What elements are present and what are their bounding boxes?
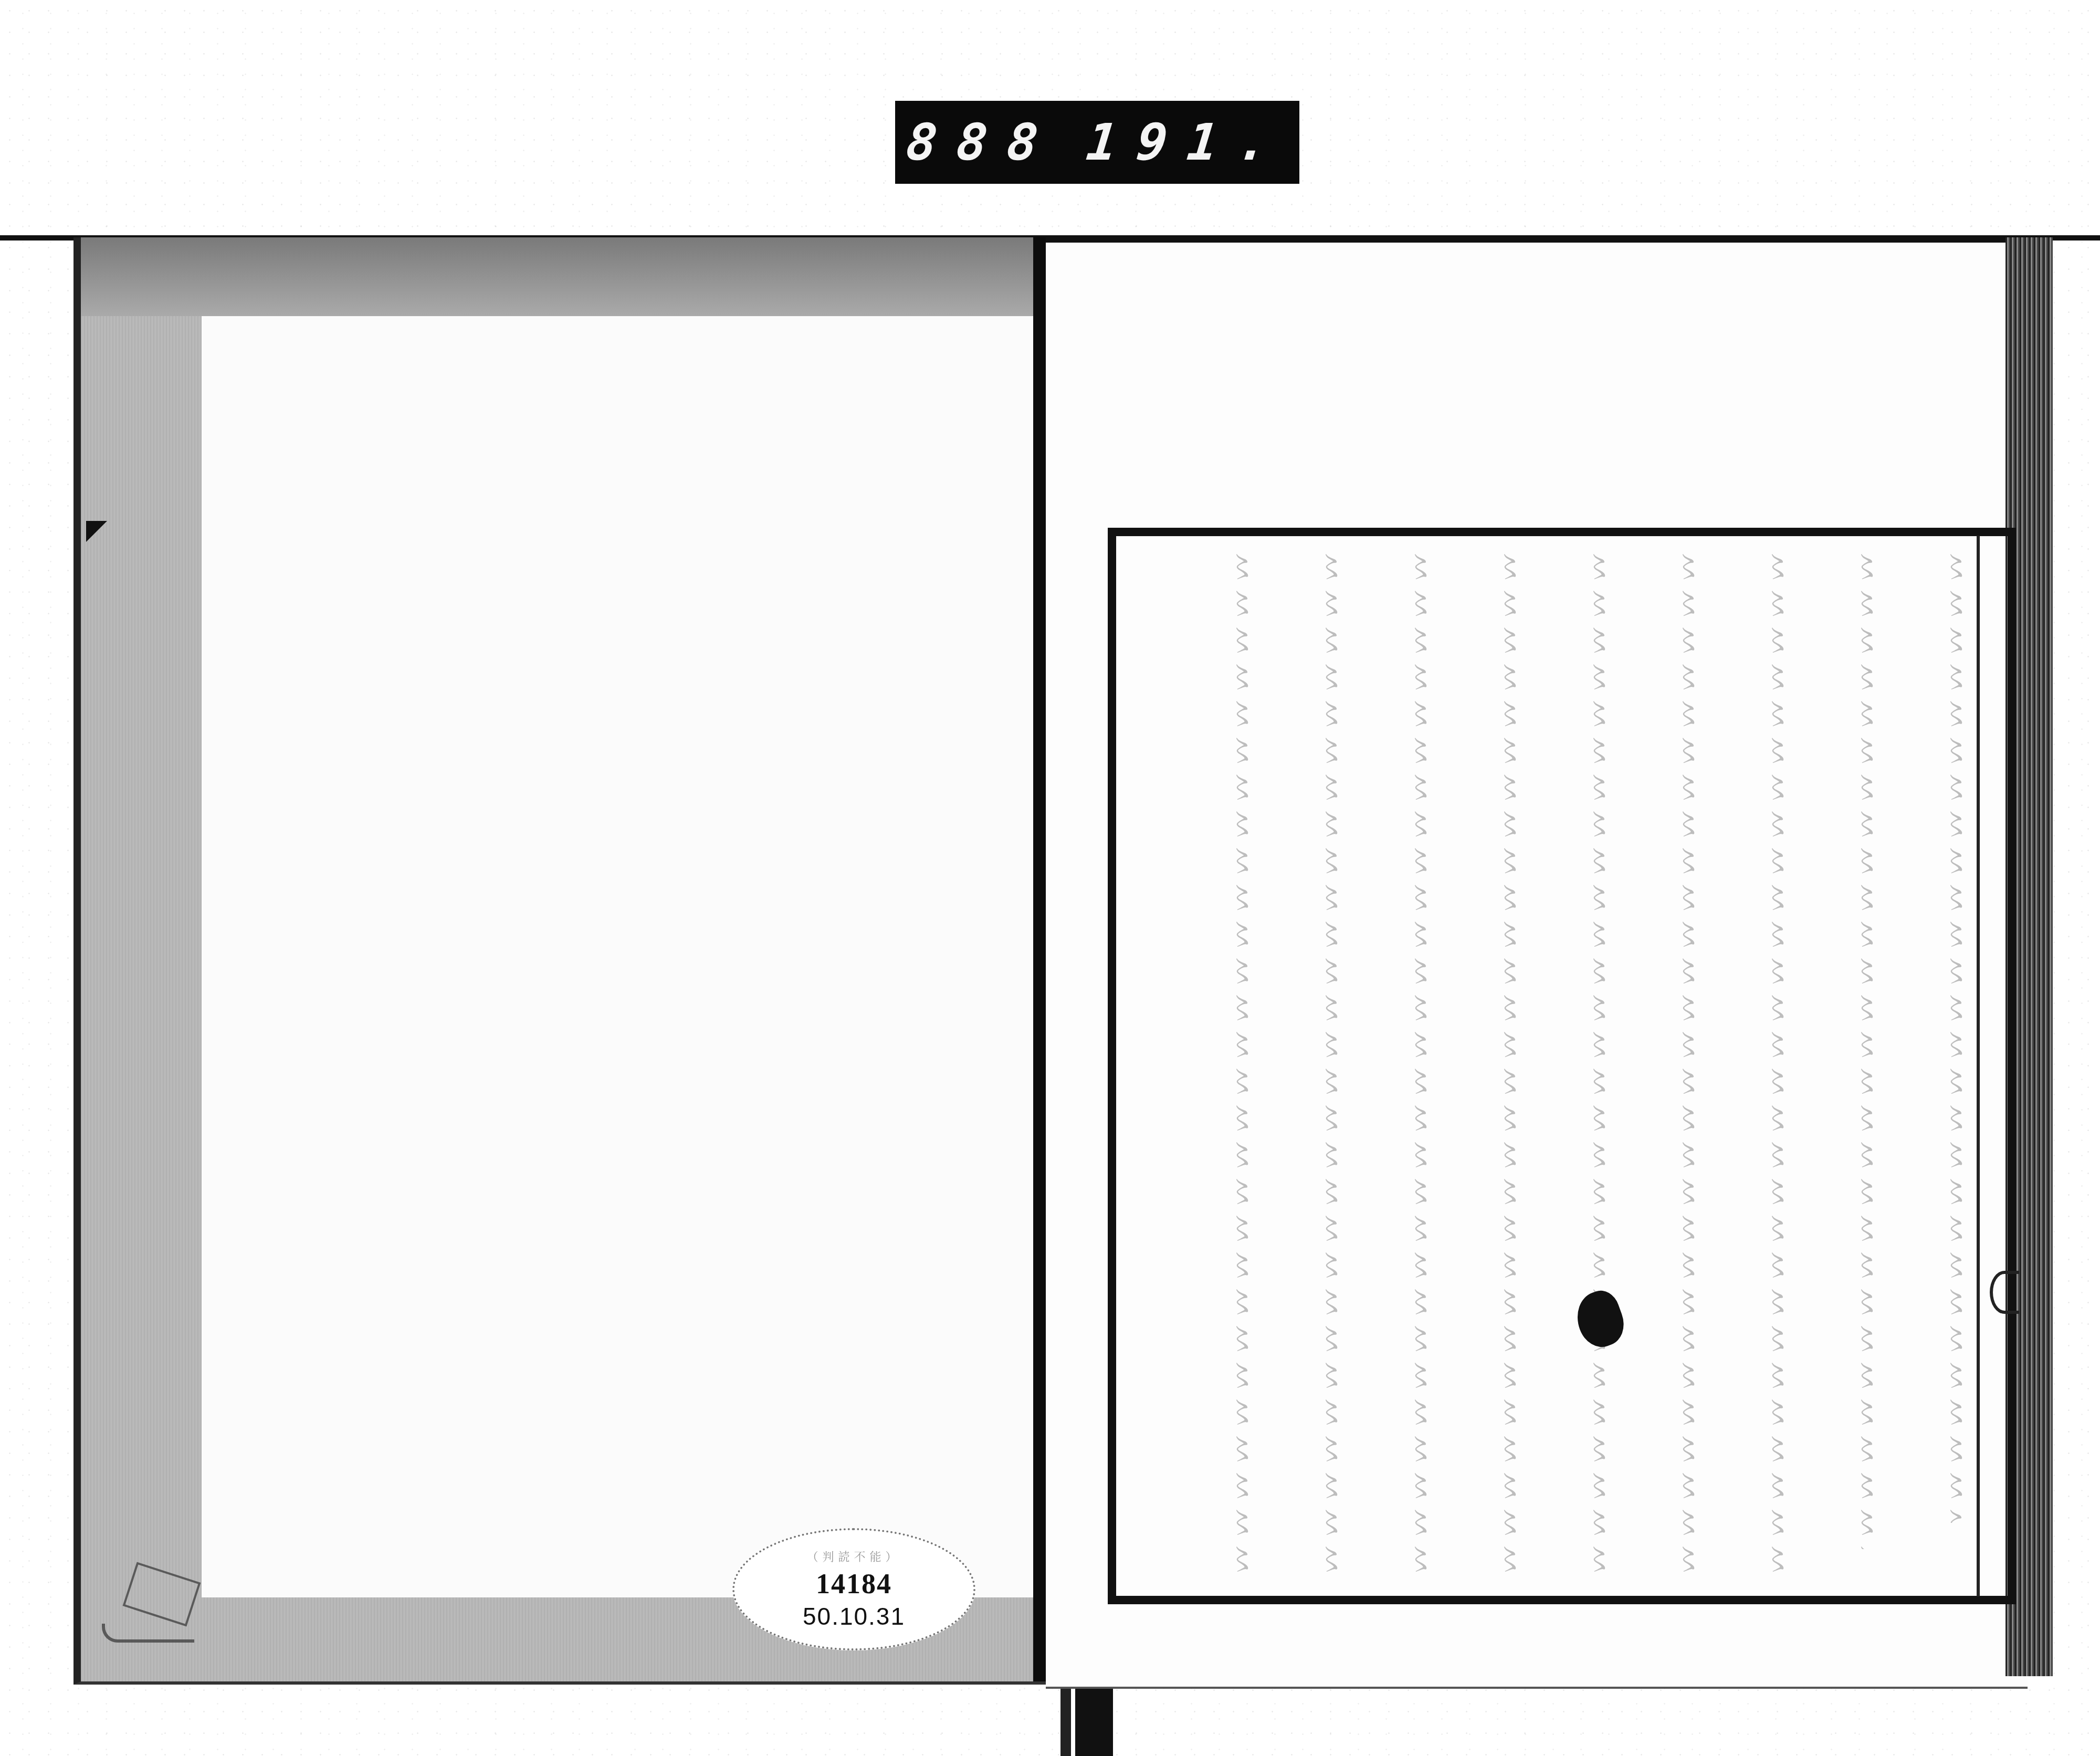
corner-handwritten-mark — [102, 1624, 194, 1643]
corner-tab-icon — [86, 521, 107, 589]
library-accession-stamp: （判読不能） 14184 50.10.31 — [732, 1528, 975, 1650]
left-page-endpaper — [202, 316, 1036, 1597]
book-spine — [1033, 237, 1046, 1681]
inner-margin-rule — [1977, 536, 1980, 1596]
text-column: 〻〻〻〻〻〻〻〻〻〻〻〻〻〻〻〻〻〻〻〻〻〻〻〻〻〻〻〻〻〻〻〻 — [1407, 551, 1438, 1575]
edge-handwritten-mark — [1990, 1271, 2019, 1314]
text-column: 〻〻〻〻〻〻〻〻〻〻〻〻〻〻〻〻〻〻〻〻〻〻〻〻〻〻〻〻〻〻〻〻 — [1675, 551, 1706, 1575]
film-reel-number: 888 — [904, 113, 1060, 172]
film-frame-number: 191. — [1084, 113, 1291, 172]
text-column: 〻〻〻〻〻〻〻〻〻〻〻〻〻〻〻〻〻〻〻〻〻〻〻〻〻〻〻〻〻〻〻〻 — [1853, 551, 1885, 1549]
text-column: 〻〻〻〻〻〻〻〻〻〻〻〻〻〻〻〻〻〻〻〻〻〻〻〻〻〻〻〻〻〻〻〻 — [1585, 551, 1617, 1575]
stamp-header: （判読不能） — [806, 1548, 901, 1564]
text-column: 〻〻〻〻〻〻〻〻〻〻〻〻〻〻〻〻〻〻〻〻〻〻〻〻〻〻〻〻〻〻〻〻 — [1942, 551, 1974, 1523]
corner-seal-mark — [123, 1562, 201, 1626]
text-column: 〻〻〻〻〻〻〻〻〻〻〻〻〻〻〻〻〻〻〻〻〻〻〻〻〻〻〻〻〻〻〻〻 — [1764, 551, 1795, 1575]
stamp-date: 50.10.31 — [803, 1602, 905, 1630]
film-frame-label: 888 191. — [895, 101, 1299, 184]
stamp-accession-number: 14184 — [816, 1567, 892, 1600]
left-page — [73, 237, 1052, 1685]
left-page-shadow — [81, 237, 1052, 316]
spine-bottom-shadow — [1060, 1683, 1113, 1756]
text-column: 〻〻〻〻〻〻〻〻〻〻〻〻〻〻〻〻〻〻〻〻〻〻〻〻〻〻〻〻〻〻〻〻 — [1318, 551, 1349, 1575]
text-column: 〻〻〻〻〻〻〻〻〻〻〻〻〻〻〻〻〻〻〻〻〻〻〻〻〻〻〻〻〻〻〻〻 — [1228, 551, 1260, 1575]
text-column: 〻〻〻〻〻〻〻〻〻〻〻〻〻〻〻〻〻〻〻〻〻〻〻〻〻〻〻〻〻〻〻〻 — [1496, 551, 1528, 1575]
